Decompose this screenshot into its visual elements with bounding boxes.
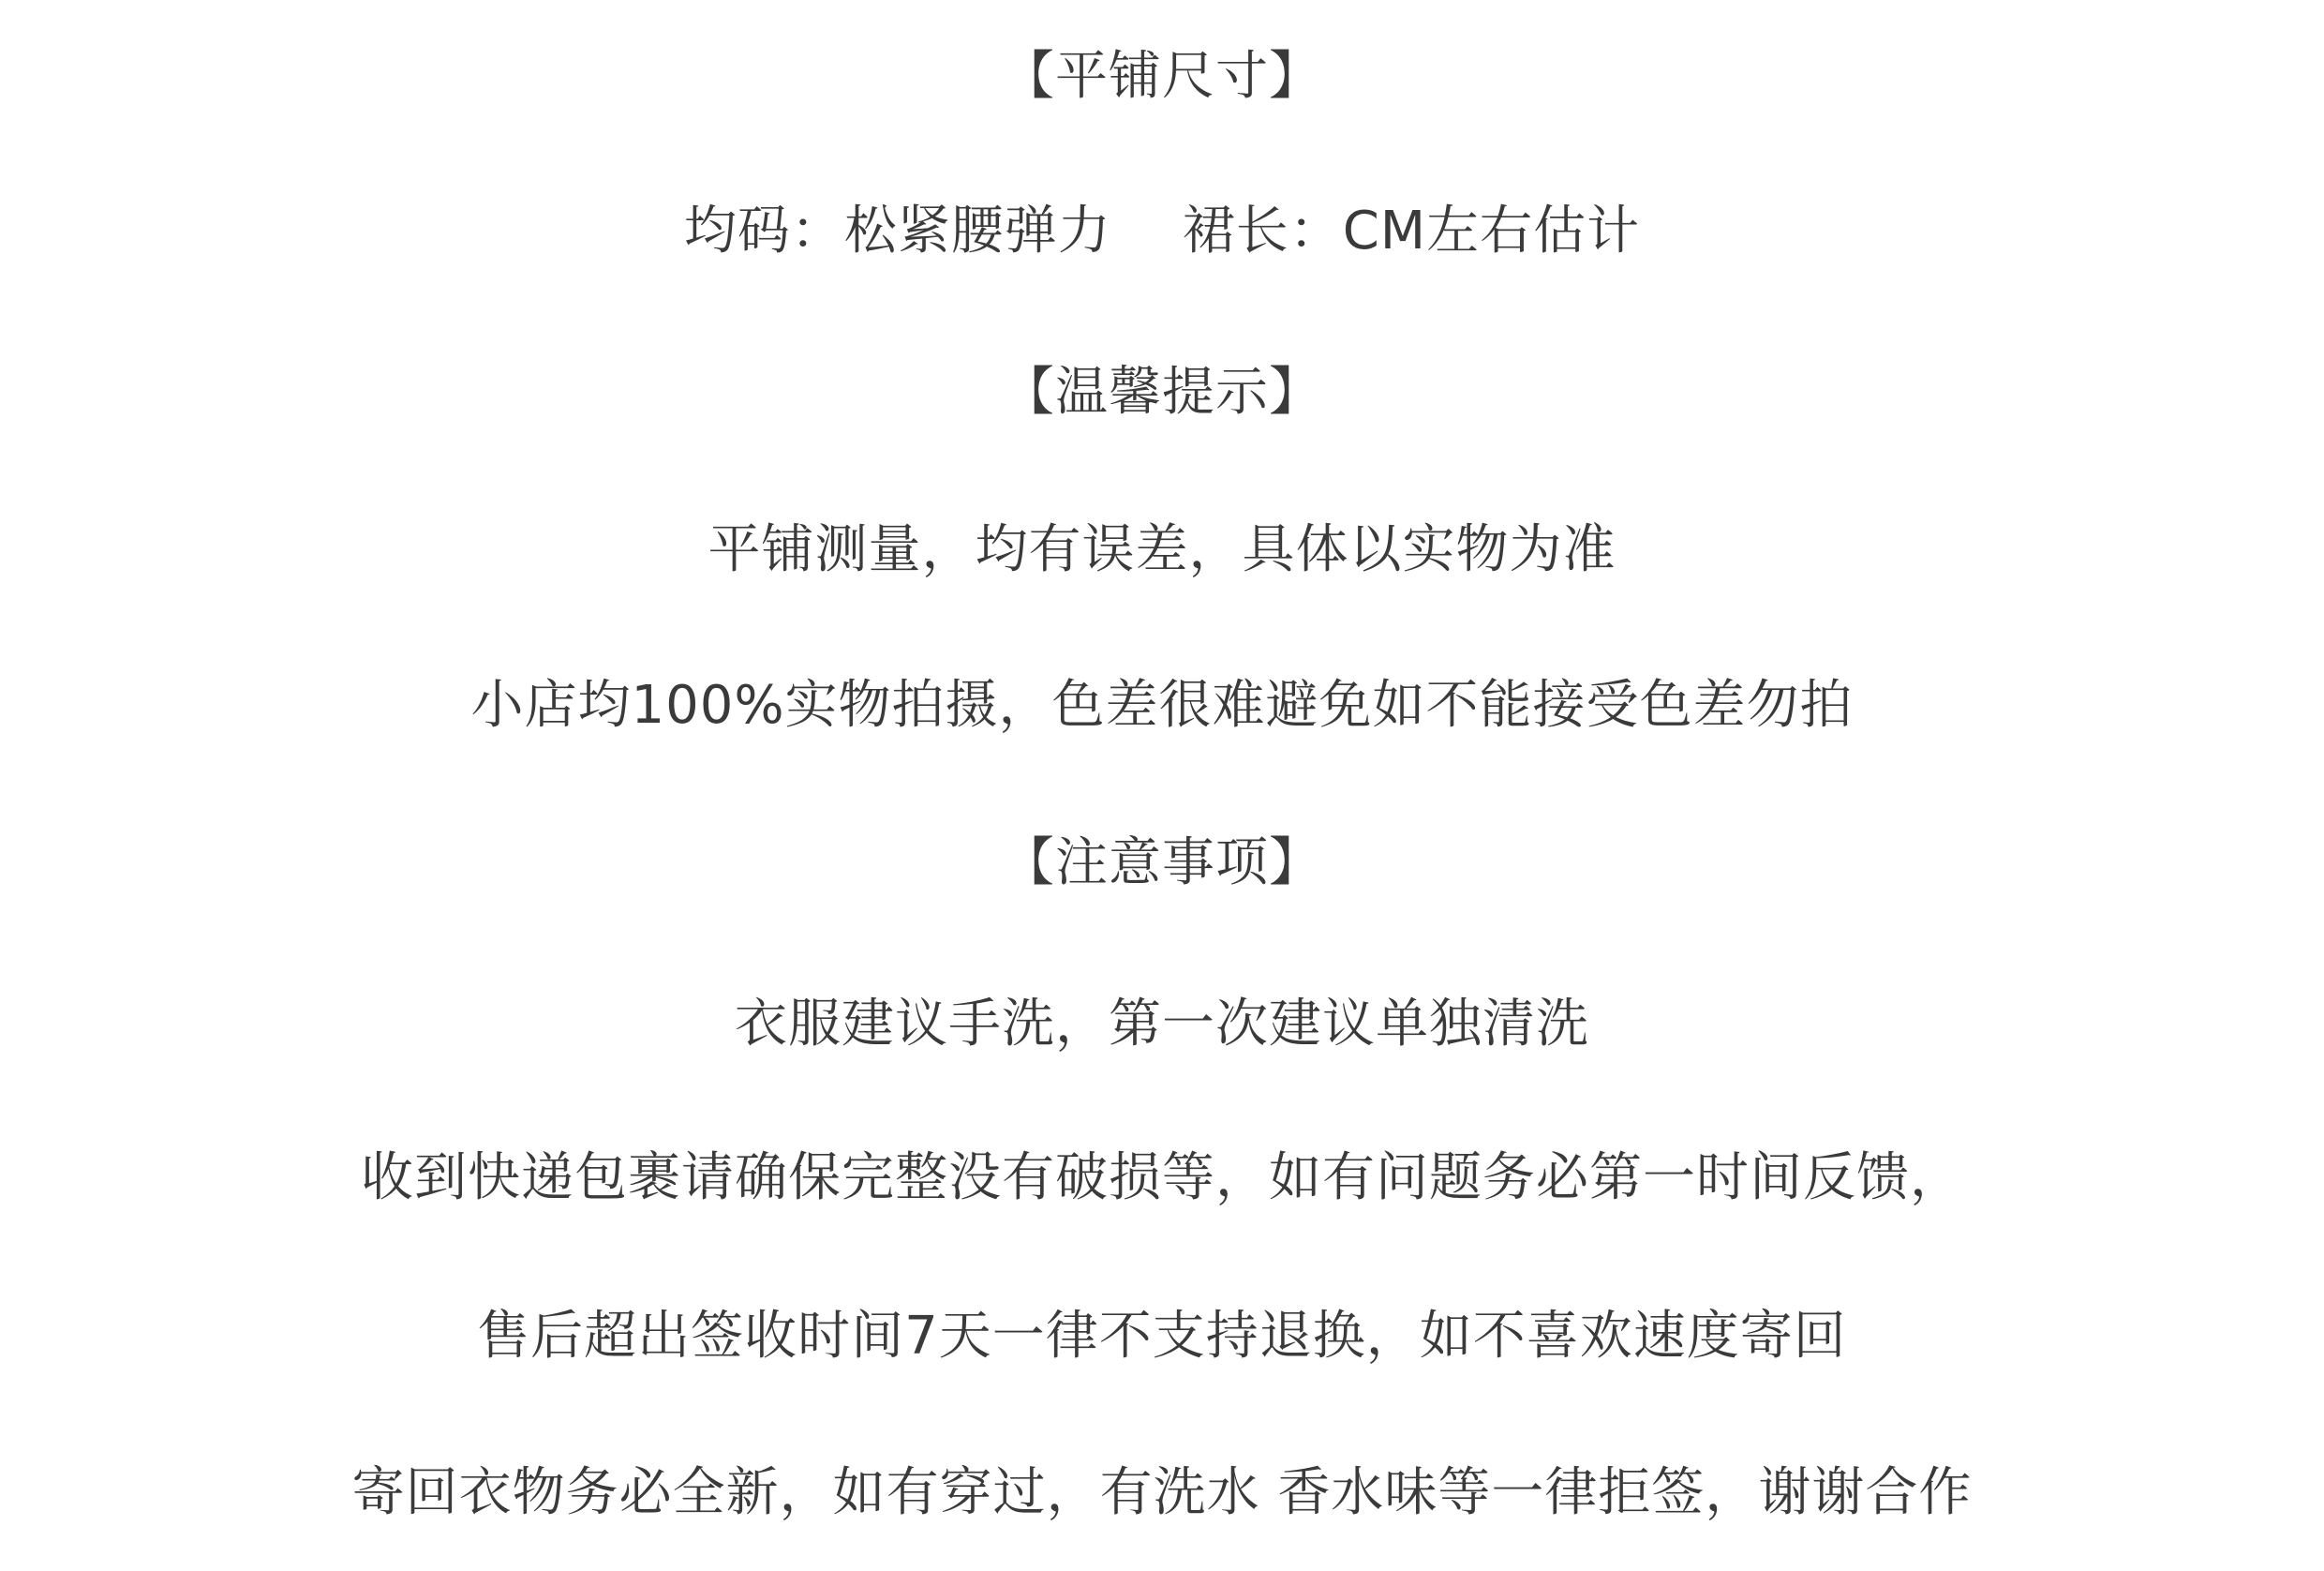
color-difference-note-line: 小店均100%实物拍摄，色差很难避免如不能接受色差勿拍 <box>0 678 2324 734</box>
product-description-sheet: 【平铺尺寸】 均码：松紧腰弹力 裙长：CM左右估计 【温馨提示】 平铺测量，均有… <box>0 0 2324 1571</box>
sendback-condition-line: 寄回衣物务必全新，如有穿过，有洗水 香水味等一律拒签，谢谢合作 <box>0 1465 2324 1521</box>
section-heading-flat-size: 【平铺尺寸】 <box>0 49 2324 105</box>
washing-advice-line: 衣服建议手洗，第一次建议单独清洗 <box>0 996 2324 1053</box>
section-heading-notices: 【注意事项】 <box>0 835 2324 891</box>
measurement-note-line: 平铺测量，均有误差，具体以实物为准 <box>0 522 2324 578</box>
size-info-line: 均码：松紧腰弹力 裙长：CM左右估计 <box>0 203 2324 260</box>
package-check-line: 收到快递包裹请确保完整没有破损等，如有问题务必第一时间反馈， <box>0 1150 2324 1206</box>
section-heading-warm-tips: 【温馨提示】 <box>0 365 2324 421</box>
return-policy-line: 售后超出签收时间7天一律不支持退换，如不喜欢速度寄回 <box>0 1309 2324 1365</box>
